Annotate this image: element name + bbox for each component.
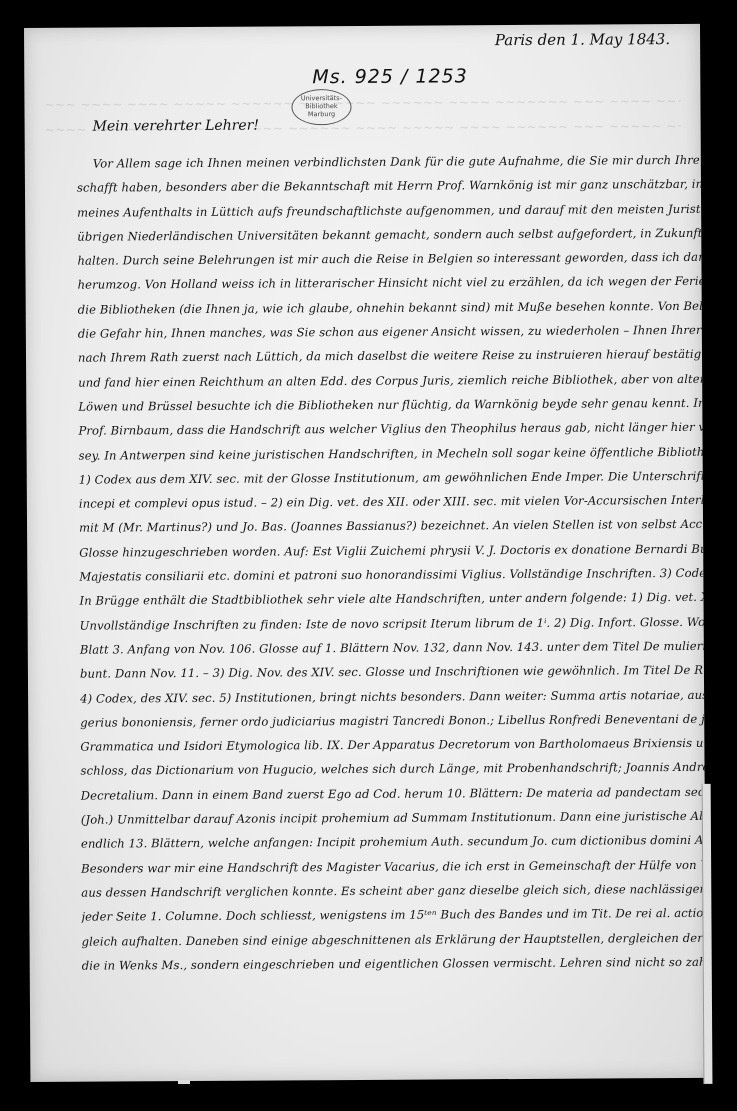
letter-line: endlich 13. Blättern, welche anfangen: I… xyxy=(81,828,705,856)
letter-line: Besonders war mir eine Handschrift des M… xyxy=(81,852,705,880)
letter-line: herumzog. Von Holland weiss ich in litte… xyxy=(77,269,701,297)
date-line: Paris den 1. May 1843. xyxy=(495,30,670,49)
stamp-line: Marburg xyxy=(293,110,351,118)
letter-line: 4) Codex, des XIV. sec. 5) Institutionen… xyxy=(80,682,704,710)
letter-line: sey. In Antwerpen sind keine juristische… xyxy=(79,439,703,467)
salutation: Mein verehrter Lehrer! xyxy=(93,118,260,135)
letter-body: Vor Allem sage ich Ihnen meinen verbindl… xyxy=(77,148,706,978)
scan-label xyxy=(178,1080,190,1084)
letter-line: bunt. Dann Nov. 11. – 3) Dig. Nov. des X… xyxy=(80,658,704,686)
shelfmark: Ms. 925 / 1253 xyxy=(312,65,468,88)
letter-line: die in Wenks Ms., sondern eingeschrieben… xyxy=(82,950,706,978)
letter-line: Unvollständige Inschriften zu finden: Is… xyxy=(80,610,704,638)
library-stamp: Universitäts- Bibliothek Marburg xyxy=(291,89,351,125)
letter-line: meines Aufenthalts in Lüttich aufs freun… xyxy=(77,196,701,224)
letter-line: mit M (Mr. Martinus?) und Jo. Bas. (Joan… xyxy=(79,512,703,540)
letter-line: schafft haben, besonders aber die Bekann… xyxy=(77,172,701,200)
letter-line: schloss, das Dictionarium von Hugucio, w… xyxy=(80,755,704,783)
stamp-line: Universitäts- xyxy=(292,94,350,102)
manuscript-page: ~~~ ~~~~ ~~~~ ~~~~~ ~~~~~~ ~~~ ~~~~ ~~~~… xyxy=(24,24,706,1082)
letter-line: gleich aufhalten. Daneben sind einige ab… xyxy=(82,925,706,953)
letter-line: nach Ihrem Rath zuerst nach Lüttich, da … xyxy=(78,342,702,370)
letter-line: Prof. Birnbaum, dass die Handschrift aus… xyxy=(78,415,702,443)
letter-line: In Brügge enthält die Stadtbibliothek se… xyxy=(79,585,703,613)
bleed-through-text: ~~~ ~~~~ ~~~~ ~~~~~ ~~~~~~ ~~~ ~~~~ ~~~~… xyxy=(44,94,680,112)
letter-line: jeder Seite 1. Columne. Doch schliesst, … xyxy=(81,901,705,929)
